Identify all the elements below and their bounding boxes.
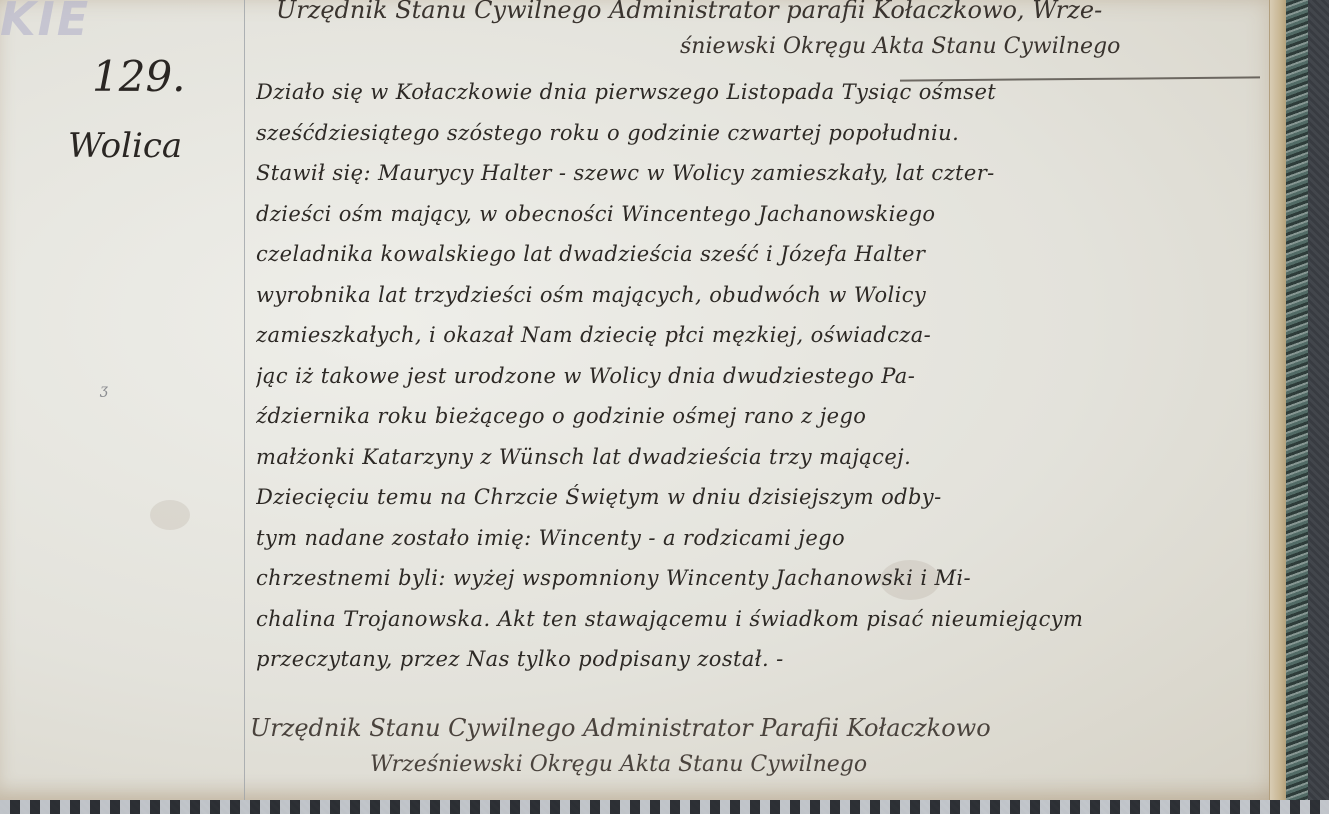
cloth-edge [1286,0,1308,800]
record-line: wyrobnika lat trzydzieści ośm mających, … [256,275,1266,316]
record-line: małżonki Katarzyny z Wünsch lat dwadzieś… [256,437,1266,478]
record-line: ździernika roku bieżącego o godzinie ośm… [256,396,1266,437]
record-line: Stawił się: Maurycy Halter - szewc w Wol… [256,153,1266,194]
pencil-mark: ʒ [100,382,108,398]
watermark: KIE [0,0,90,46]
record-line: Działo się w Kołaczkowie dnia pierwszego… [256,72,1266,113]
record-line: przeczytany, przez Nas tylko podpisany z… [256,639,1266,680]
margin-rule [244,0,245,800]
page-edge [1269,0,1286,800]
record-line: dzieści ośm mający, w obecności Wincente… [256,194,1266,235]
header-line-1: Urzędnik Stanu Cywilnego Administrator p… [276,0,1102,24]
paper-stain [150,500,190,530]
signature-line-2: Wrześniewski Okręgu Akta Stanu Cywilnego [370,752,867,777]
record-line: tym nadane zostało imię: Wincenty - a ro… [256,518,1266,559]
record-body: Działo się w Kołaczkowie dnia pierwszego… [256,72,1266,680]
signature-line-1: Urzędnik Stanu Cywilnego Administrator P… [250,714,991,742]
record-line: Dziecięciu temu na Chrzcie Świętym w dni… [256,477,1266,518]
document-page: ʒ KIE 129. Wolica Urzędnik Stanu Cywilne… [0,0,1286,800]
cloth-bottom [0,800,1329,814]
header-line-2: śniewski Okręgu Akta Stanu Cywilnego [680,34,1120,59]
record-line: jąc iż takowe jest urodzone w Wolicy dni… [256,356,1266,397]
record-line: chrzestnemi byli: wyżej wspomniony Wince… [256,558,1266,599]
record-line: sześćdziesiątego szóstego roku o godzini… [256,113,1266,154]
entry-number: 129. [92,52,186,101]
record-line: chalina Trojanowska. Akt ten stawającemu… [256,599,1266,640]
record-line: zamieszkałych, i okazał Nam dziecię płci… [256,315,1266,356]
entry-place: Wolica [68,126,182,166]
record-line: czeladnika kowalskiego lat dwadzieścia s… [256,234,1266,275]
